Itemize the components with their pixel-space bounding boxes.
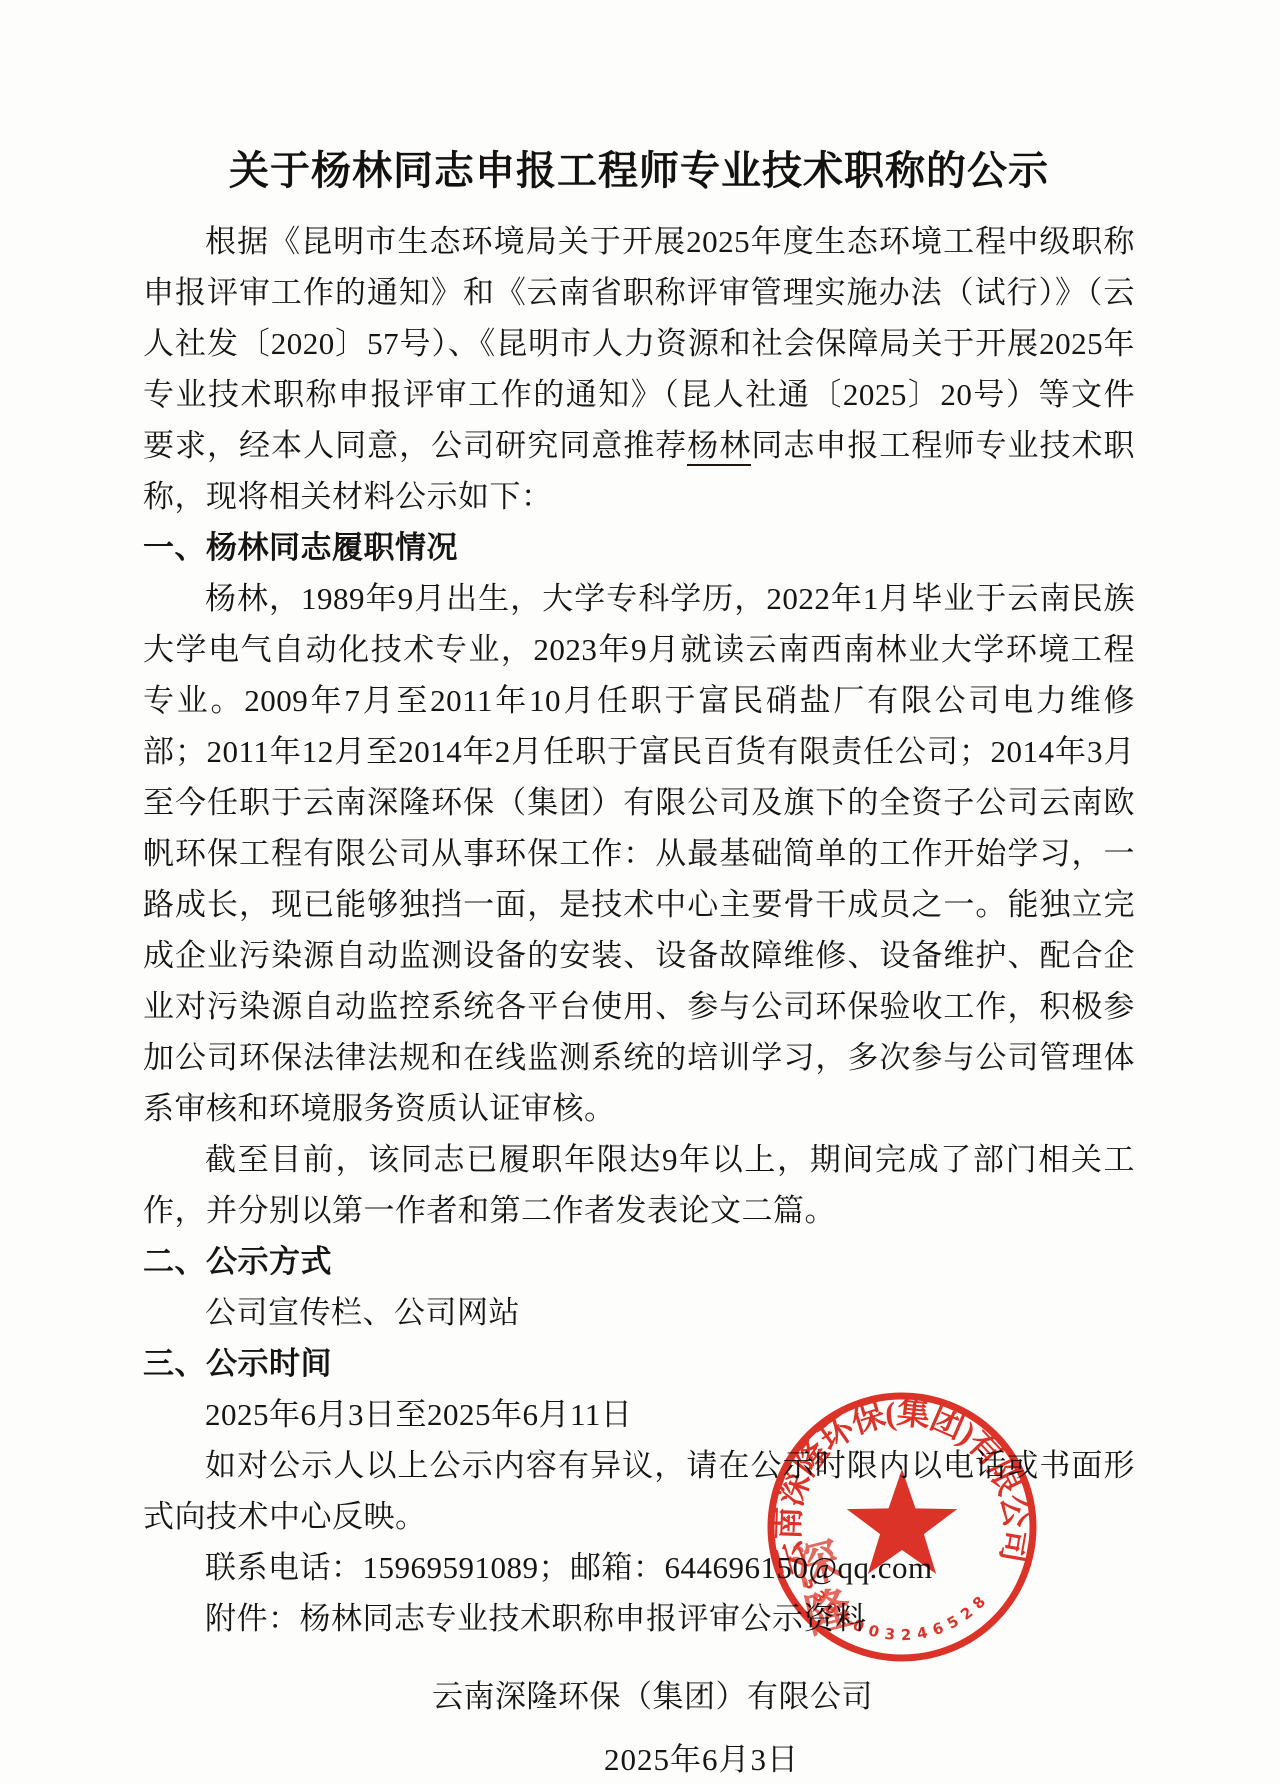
underlined-applicant-name: 杨林 — [687, 428, 751, 466]
section-1-paragraph-2: 截至目前，该同志已履职年限达9年以上，期间完成了部门相关工作，并分别以第一作者和… — [143, 1134, 1135, 1236]
section-3-heading: 三、公示时间 — [143, 1338, 1135, 1389]
signature-company-name: 云南深隆环保（集团）有限公司 — [143, 1671, 873, 1722]
scanned-document-page: 关于杨林同志申报工程师专业技术职称的公示 根据《昆明市生态环境局关于开展2025… — [0, 0, 1280, 1784]
intro-paragraph: 根据《昆明市生态环境局关于开展2025年度生态环境工程中级职称申报评审工作的通知… — [143, 216, 1135, 522]
objection-paragraph: 如对公示人以上公示内容有异议，请在公示时限内以电话或书面形式向技术中心反映。 — [143, 1440, 1135, 1542]
section-2-heading: 二、公示方式 — [143, 1236, 1135, 1287]
section-2-content: 公司宣传栏、公司网站 — [143, 1287, 1135, 1338]
section-1-paragraph-1: 杨林，1989年9月出生，大学专科学历，2022年1月毕业于云南民族大学电气自动… — [143, 573, 1135, 1134]
signature-date: 2025年6月3日 — [143, 1734, 873, 1784]
attachment-line: 附件：杨林同志专业技术职称申报评审公示资料 — [143, 1593, 1135, 1644]
section-3-content: 2025年6月3日至2025年6月11日 — [143, 1389, 1135, 1440]
page-title: 关于杨林同志申报工程师专业技术职称的公示 — [143, 142, 1135, 200]
signature-block: 云南深隆环保（集团）有限公司 2025年6月3日 — [143, 1671, 1135, 1784]
contact-line: 联系电话：15969591089；邮箱：644696150@qq.com — [143, 1542, 1135, 1593]
document-content: 关于杨林同志申报工程师专业技术职称的公示 根据《昆明市生态环境局关于开展2025… — [143, 0, 1135, 1784]
section-1-heading: 一、杨林同志履职情况 — [143, 522, 1135, 573]
